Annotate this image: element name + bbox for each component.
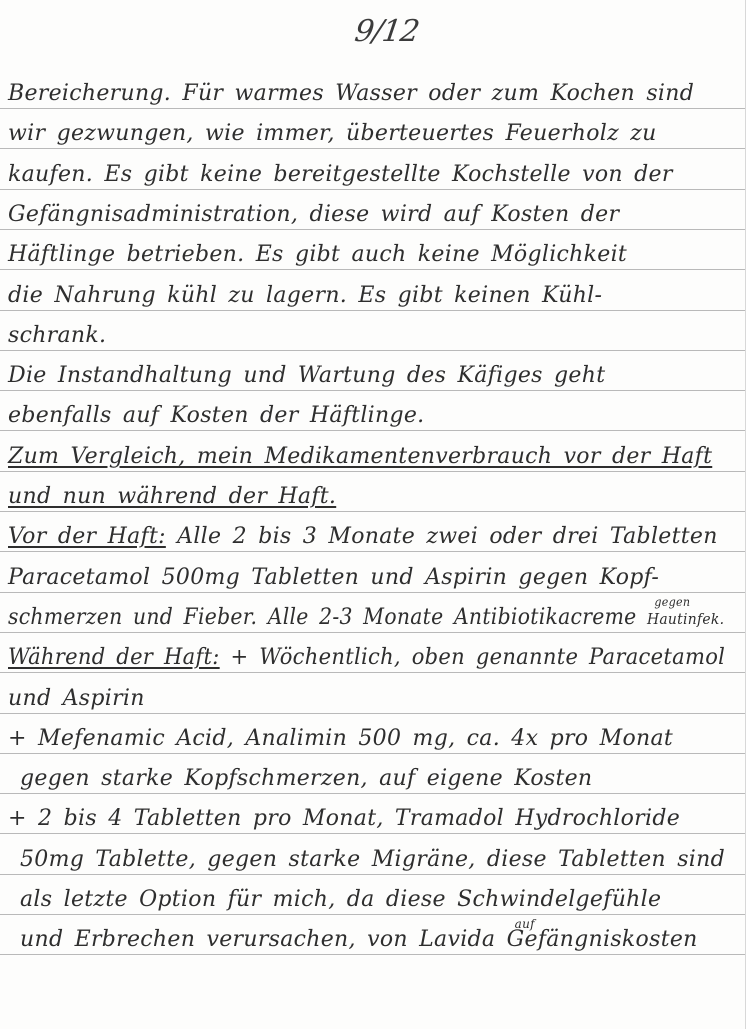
text-line-13: Paracetamol 500mg Tabletten und Aspirin … xyxy=(8,565,659,591)
text-line-15: Während der Haft: + Wöchentlich, oben ge… xyxy=(8,645,725,671)
text-line-8: Die Instandhaltung und Wartung des Käfig… xyxy=(8,363,605,389)
skin-infection-annotation: gegen Hautinfek. xyxy=(647,605,724,632)
prison-cost-annotation: auf Gefängniskosten xyxy=(507,927,698,953)
ruled-line xyxy=(0,672,745,673)
text-line-21: als letzte Option für mich, da diese Sch… xyxy=(20,887,661,913)
ruled-line xyxy=(0,632,745,633)
ruled-line xyxy=(0,108,745,109)
during-custody-label: Während der Haft: xyxy=(8,645,220,670)
text-line-10-heading: Zum Vergleich, mein Medikamentenverbrauc… xyxy=(8,444,712,470)
antibiotic-text: schmerzen und Fieber. Alle 2-3 Monate An… xyxy=(8,605,637,630)
lavida-text: und Erbrechen verursachen, von Lavida xyxy=(20,927,495,952)
before-custody-text: Alle 2 bis 3 Monate zwei oder drei Table… xyxy=(166,524,718,549)
ruled-line xyxy=(0,430,745,431)
handwritten-page: 9/12 Bereicherung. Für warmes Wasser ode… xyxy=(0,0,746,1029)
text-line-7: schrank. xyxy=(8,323,106,349)
comparison-heading: Zum Vergleich, mein Medikamentenverbrauc… xyxy=(8,444,712,469)
ruled-line xyxy=(0,793,745,794)
ruled-line xyxy=(0,914,745,915)
text-line-3: kaufen. Es gibt keine bereitgestellte Ko… xyxy=(8,162,673,188)
text-line-9: ebenfalls auf Kosten der Häftlinge. xyxy=(8,403,424,429)
ruled-line xyxy=(0,592,745,593)
ruled-line xyxy=(0,471,745,472)
ruled-line xyxy=(0,189,745,190)
comparison-heading-cont: und nun während der Haft. xyxy=(8,484,336,509)
ruled-line xyxy=(0,229,745,230)
text-line-6: die Nahrung kühl zu lagern. Es gibt kein… xyxy=(8,283,602,309)
text-line-19: + 2 bis 4 Tabletten pro Monat, Tramadol … xyxy=(8,806,680,832)
text-line-17: + Mefenamic Acid, Analimin 500 mg, ca. 4… xyxy=(8,726,673,752)
text-line-1: Bereicherung. Für warmes Wasser oder zum… xyxy=(8,81,694,107)
ruled-line xyxy=(0,954,745,955)
text-line-18: gegen starke Kopfschmerzen, auf eigene K… xyxy=(20,766,592,792)
text-line-2: wir gezwungen, wie immer, überteuertes F… xyxy=(8,121,657,147)
ruled-line xyxy=(0,713,745,714)
text-line-11-heading: und nun während der Haft. xyxy=(8,484,336,510)
ruled-line xyxy=(0,551,745,552)
text-line-12: Vor der Haft: Alle 2 bis 3 Monate zwei o… xyxy=(8,524,718,550)
before-custody-label: Vor der Haft: xyxy=(8,524,166,549)
text-line-4: Gefängnisadministration, diese wird auf … xyxy=(8,202,619,228)
ruled-line xyxy=(0,269,745,270)
text-line-22: und Erbrechen verursachen, von Lavida au… xyxy=(20,927,698,953)
ruled-line xyxy=(0,310,745,311)
ruled-line xyxy=(0,390,745,391)
ruled-line xyxy=(0,874,745,875)
page-number: 9/12 xyxy=(353,14,438,49)
text-line-20: 50mg Tablette, gegen starke Migräne, die… xyxy=(20,847,725,873)
annotation-above: gegen xyxy=(654,589,690,615)
text-line-14: schmerzen und Fieber. Alle 2-3 Monate An… xyxy=(8,605,724,632)
ruled-line xyxy=(0,753,745,754)
ruled-line xyxy=(0,148,745,149)
ruled-line xyxy=(0,833,745,834)
annotation-below: Gefängniskosten xyxy=(507,927,698,952)
text-line-16: und Aspirin xyxy=(8,686,145,712)
ruled-line xyxy=(0,511,745,512)
annotation-above: auf xyxy=(515,911,535,937)
during-custody-text: + Wöchentlich, oben genannte Paracetamol xyxy=(220,645,726,670)
text-line-5: Häftlinge betrieben. Es gibt auch keine … xyxy=(8,242,627,268)
ruled-line xyxy=(0,350,745,351)
